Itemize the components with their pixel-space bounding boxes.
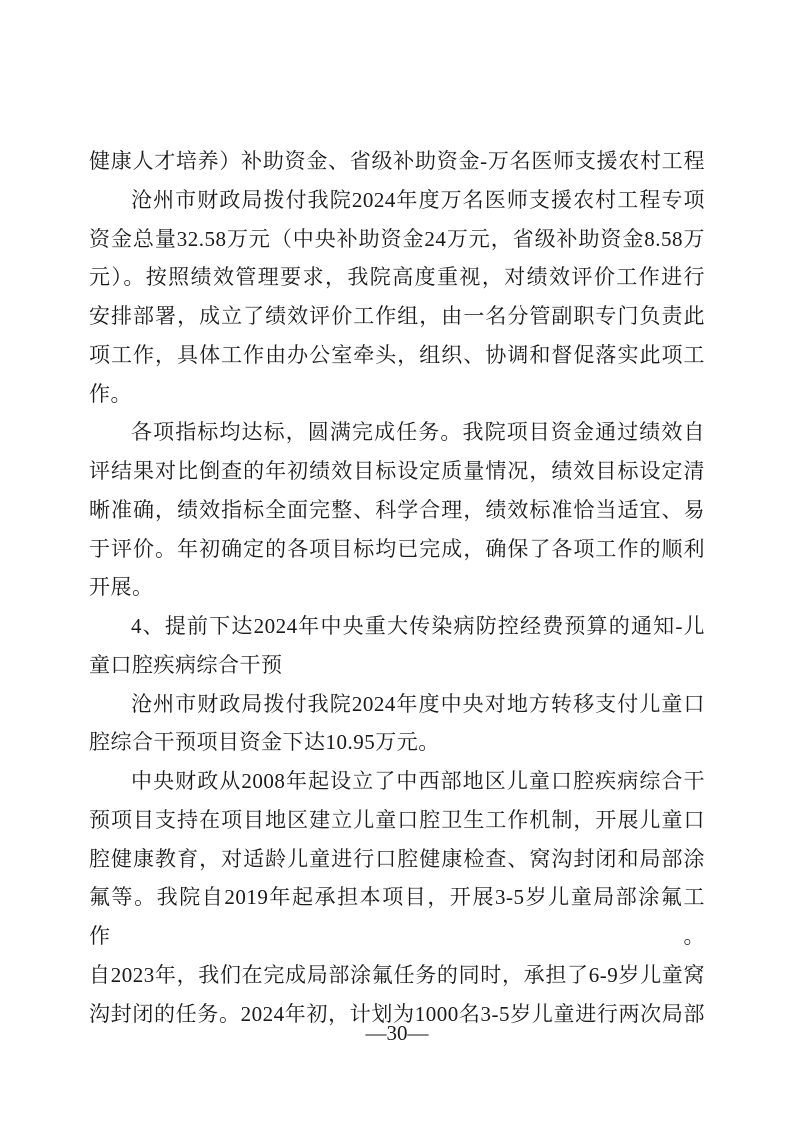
body-line: 腔综合干预项目资金下达10.95万元。 — [89, 723, 705, 762]
body-line: 于评价。年初确定的各项目标均已完成，确保了各项工作的顺利 — [89, 530, 705, 569]
page-number: —30— — [0, 1014, 794, 1052]
body-line: 自2023年，我们在完成局部涂氟任务的同时，承担了6-9岁儿童窝 — [89, 956, 705, 995]
body-line: 开展。 — [89, 568, 705, 607]
body-line: 健康人才培养）补助资金、省级补助资金-万名医师支援农村工程 — [89, 142, 705, 181]
body-text: 健康人才培养）补助资金、省级补助资金-万名医师支援农村工程 沧州市财政局拨付我院… — [89, 142, 705, 1033]
body-line: 童口腔疾病综合干预 — [89, 646, 705, 685]
body-line: 中央财政从2008年起设立了中西部地区儿童口腔疾病综合干 — [89, 762, 705, 801]
body-line: 元）。按照绩效管理要求，我院高度重视，对绩效评价工作进行 — [89, 258, 705, 297]
body-line: 作。 — [89, 375, 705, 414]
body-line: 安排部署，成立了绩效评价工作组，由一名分管副职专门负责此 — [89, 297, 705, 336]
body-line: 评结果对比倒查的年初绩效目标设定质量情况，绩效目标设定清 — [89, 452, 705, 491]
body-line: 沧州市财政局拨付我院2024年度万名医师支援农村工程专项 — [89, 181, 705, 220]
body-line: 项工作，具体工作由办公室牵头，组织、协调和督促落实此项工 — [89, 336, 705, 375]
body-line: 资金总量32.58万元（中央补助资金24万元，省级补助资金8.58万 — [89, 220, 705, 259]
body-line: 腔健康教育，对适龄儿童进行口腔健康检查、窝沟封闭和局部涂 — [89, 840, 705, 879]
body-line: 各项指标均达标，圆满完成任务。我院项目资金通过绩效自 — [89, 413, 705, 452]
body-line: 氟等。我院自2019年起承担本项目，开展3-5岁儿童局部涂氟工作。 — [89, 878, 705, 956]
document-page: 健康人才培养）补助资金、省级补助资金-万名医师支援农村工程 沧州市财政局拨付我院… — [0, 0, 794, 1123]
body-line: 4、提前下达2024年中央重大传染病防控经费预算的通知-儿 — [89, 607, 705, 646]
body-line: 沧州市财政局拨付我院2024年度中央对地方转移支付儿童口 — [89, 685, 705, 724]
body-line: 预项目支持在项目地区建立儿童口腔卫生工作机制，开展儿童口 — [89, 801, 705, 840]
body-line: 晰准确，绩效指标全面完整、科学合理，绩效标准恰当适宜、易 — [89, 491, 705, 530]
